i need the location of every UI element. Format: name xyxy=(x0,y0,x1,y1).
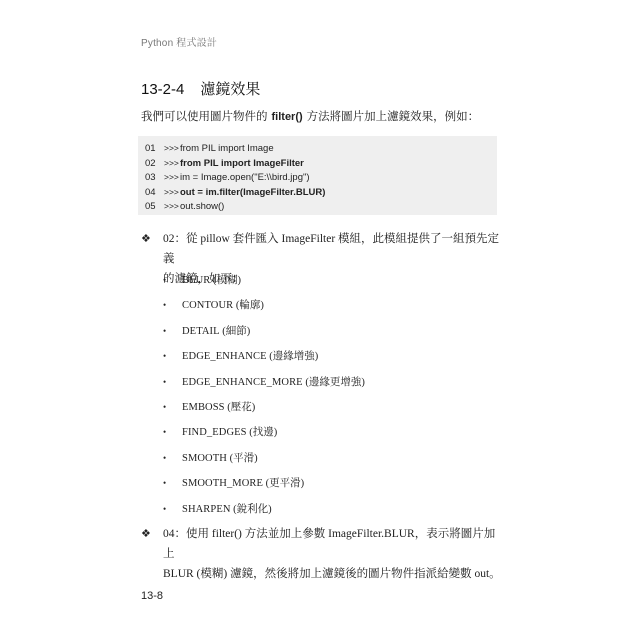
bullet-icon: • xyxy=(163,448,182,468)
intro-text-before: 我們可以使用圖片物件的 xyxy=(141,111,268,123)
bullet-icon: • xyxy=(163,372,182,392)
filter-desc: (細節) xyxy=(222,326,250,337)
code-text: im = Image.open("E:\\bird.jpg") xyxy=(180,172,310,183)
code-line: 01>>>from PIL import Image xyxy=(145,141,497,156)
code-text: from PIL import Image xyxy=(180,143,274,154)
list-item: •EMBOSS (壓花) xyxy=(163,397,365,422)
bullet-icon: • xyxy=(163,397,182,417)
code-line: 03>>>im = Image.open("E:\\bird.jpg") xyxy=(145,170,497,185)
filter-list: •BLUR (模糊) •CONTOUR (輪廓) •DETAIL (細節) •E… xyxy=(163,270,365,524)
filter-name: EDGE_ENHANCE_MORE xyxy=(182,377,303,388)
note-text: 04：使用 filter() 方法並加上參數 ImageFilter.BLUR，… xyxy=(163,524,501,564)
filter-name: EMBOSS xyxy=(182,402,225,413)
filter-name: EDGE_ENHANCE xyxy=(182,351,267,362)
section-title-text: 濾鏡效果 xyxy=(200,81,260,98)
filter-name: SHARPEN xyxy=(182,504,231,515)
list-item: •DETAIL (細節) xyxy=(163,321,365,346)
code-text: out = im.filter(ImageFilter.BLUR) xyxy=(180,187,325,198)
bullet-icon: • xyxy=(163,346,182,366)
bullet-icon: • xyxy=(163,321,182,341)
code-line: 02>>>from PIL import ImageFilter xyxy=(145,156,497,171)
filter-desc: (模糊) xyxy=(213,275,241,286)
filter-desc: (銳利化) xyxy=(233,504,272,515)
line-number: 05 xyxy=(145,200,164,215)
bullet-icon: • xyxy=(163,422,182,442)
intro-inline-code: filter() xyxy=(272,111,303,123)
filter-desc: (邊緣增強) xyxy=(269,351,318,362)
filter-desc: (平滑) xyxy=(230,453,258,464)
filter-name: CONTOUR xyxy=(182,300,233,311)
filter-desc: (邊緣更增強) xyxy=(305,377,365,388)
code-text: out.show() xyxy=(180,201,224,212)
note-text: 02：從 pillow 套件匯入 ImageFilter 模組，此模組提供了一組… xyxy=(163,229,501,269)
running-header: Python 程式設計 xyxy=(141,34,217,49)
prompt: >>> xyxy=(164,199,180,214)
line-number: 03 xyxy=(145,171,164,186)
intro-paragraph: 我們可以使用圖片物件的filter()方法將圖片加上濾鏡效果，例如： xyxy=(141,108,479,124)
filter-desc: (找邊) xyxy=(249,427,277,438)
list-item: •SHARPEN (銳利化) xyxy=(163,499,365,524)
line-number: 01 xyxy=(145,142,164,157)
filter-desc: (壓花) xyxy=(227,402,255,413)
filter-desc: (輪廓) xyxy=(236,300,264,311)
list-item: •FIND_EDGES (找邊) xyxy=(163,422,365,447)
filter-name: SMOOTH xyxy=(182,453,227,464)
list-item: •CONTOUR (輪廓) xyxy=(163,295,365,320)
diamond-bullet-icon: ❖ xyxy=(141,229,151,249)
line-number: 02 xyxy=(145,157,164,172)
list-item: •SMOOTH (平滑) xyxy=(163,448,365,473)
line-number: 04 xyxy=(145,186,164,201)
filter-name: SMOOTH_MORE xyxy=(182,478,263,489)
diamond-bullet-icon: ❖ xyxy=(141,524,151,544)
filter-name: BLUR xyxy=(182,275,210,286)
code-text: from PIL import ImageFilter xyxy=(180,158,304,169)
list-item: •SMOOTH_MORE (更平滑) xyxy=(163,473,365,498)
bullet-icon: • xyxy=(163,499,182,519)
code-listing: 01>>>from PIL import Image 02>>>from PIL… xyxy=(138,136,497,215)
list-item: •BLUR (模糊) xyxy=(163,270,365,295)
prompt: >>> xyxy=(164,156,180,171)
filter-desc: (更平滑) xyxy=(266,478,305,489)
note-text: BLUR (模糊) 濾鏡，然後將加上濾鏡後的圖片物件指派給變數 out。 xyxy=(163,564,501,584)
prompt: >>> xyxy=(164,141,180,156)
section-title: 13-2-4濾鏡效果 xyxy=(141,78,260,99)
prompt: >>> xyxy=(164,170,180,185)
page-number: 13-8 xyxy=(141,590,163,602)
filter-name: FIND_EDGES xyxy=(182,427,247,438)
code-line: 04>>>out = im.filter(ImageFilter.BLUR) xyxy=(145,185,497,200)
section-number: 13-2-4 xyxy=(141,81,184,98)
bullet-icon: • xyxy=(163,270,182,290)
code-line: 05>>>out.show() xyxy=(145,199,497,214)
filter-name: DETAIL xyxy=(182,326,220,337)
bullet-icon: • xyxy=(163,473,182,493)
list-item: •EDGE_ENHANCE (邊緣增強) xyxy=(163,346,365,371)
list-item: •EDGE_ENHANCE_MORE (邊緣更增強) xyxy=(163,372,365,397)
prompt: >>> xyxy=(164,185,180,200)
note-line-04: ❖ 04：使用 filter() 方法並加上參數 ImageFilter.BLU… xyxy=(141,524,501,584)
intro-text-after: 方法將圖片加上濾鏡效果，例如： xyxy=(307,111,480,123)
bullet-icon: • xyxy=(163,295,182,315)
